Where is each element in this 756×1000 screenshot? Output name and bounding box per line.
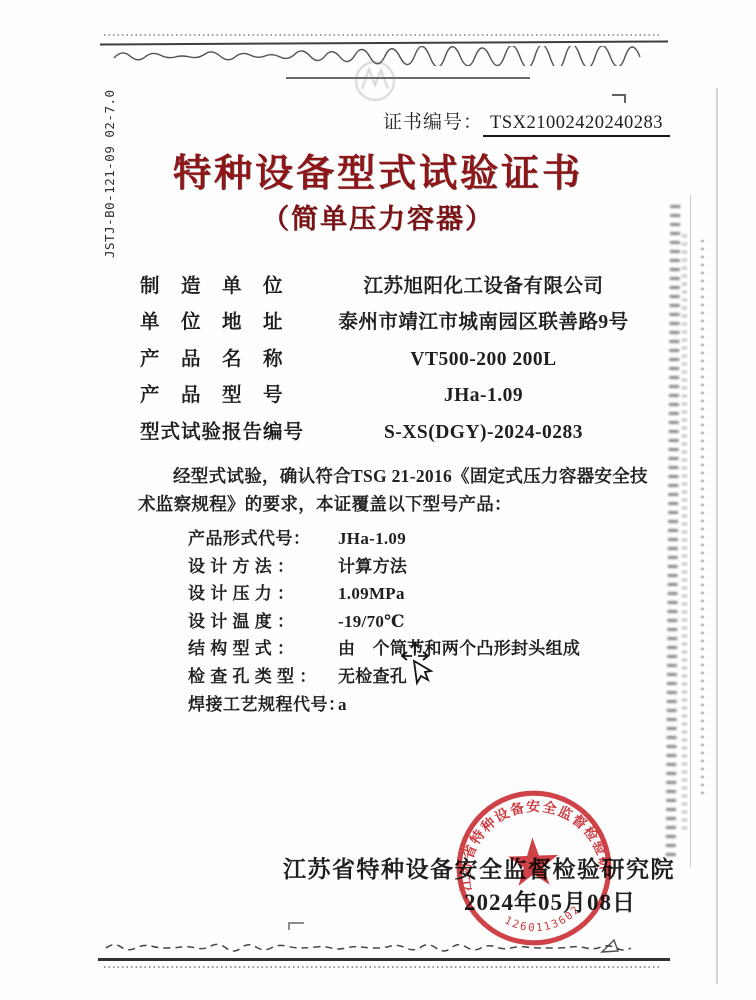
spec-value: 计算方法 bbox=[338, 552, 407, 577]
spec-label: 焊接工艺规程代号： bbox=[188, 690, 338, 715]
spec-row-form-code: 产品形式代号： JHa-1.09 bbox=[188, 524, 628, 544]
spec-row-design-pressure: 设 计 压 力 ： 1.09MPa bbox=[188, 579, 628, 599]
spec-value: 1.09MPa bbox=[338, 584, 405, 604]
spec-row-welding-procedure: 焊接工艺规程代号： a bbox=[188, 690, 628, 710]
field-row-product-name: 产 品 名 称 VT500-200 200L bbox=[140, 343, 645, 366]
seal-star-icon bbox=[507, 837, 559, 887]
field-label: 型式试验报告编号 bbox=[140, 416, 322, 444]
field-row-product-model: 产 品 型 号 JHa-1.09 bbox=[140, 379, 645, 402]
field-value: 泰州市靖江市城南园区联善路9号 bbox=[322, 306, 645, 334]
spec-row-design-temperature: 设 计 温 度 ： -19/70℃ bbox=[188, 607, 628, 627]
certificate-number-label: 证书编号： bbox=[383, 112, 483, 133]
spec-value: a bbox=[338, 695, 347, 715]
spec-label: 检 查 孔 类 型 ： bbox=[188, 662, 338, 687]
official-seal: 江苏省特种设备安全监督检验研究院 1260113602 bbox=[439, 773, 629, 963]
scan-noise-top bbox=[104, 34, 660, 36]
spec-label: 设 计 方 法 ： bbox=[188, 552, 338, 577]
spec-value: 无检查孔 bbox=[338, 662, 407, 687]
bleed-divider-line bbox=[690, 195, 691, 867]
field-row-manufacturer: 制 造 单 位 江苏旭阳化工设备有限公司 bbox=[140, 270, 645, 293]
field-row-address: 单 位 地 址 泰州市靖江市城南园区联善路9号 bbox=[140, 306, 645, 329]
move-cursor-icon bbox=[400, 641, 436, 687]
spec-value: 由 个筒节和两个凸形封头组成 bbox=[338, 634, 580, 659]
field-value: 江苏旭阳化工设备有限公司 bbox=[322, 270, 645, 298]
scan-noise-bottom bbox=[104, 966, 660, 968]
corner-mark-top-right bbox=[612, 94, 626, 103]
document-subtitle: （简单压力容器） bbox=[0, 197, 756, 236]
field-label: 单 位 地 址 bbox=[140, 306, 322, 334]
conformity-statement: 经型式试验，确认符合TSG 21-2016《固定式压力容器安全技术监察规程》的要… bbox=[138, 462, 648, 519]
bleed-through-column bbox=[666, 205, 681, 860]
document-title: 特种设备型式试验证书 bbox=[0, 142, 756, 197]
field-row-report-number: 型式试验报告编号 S-XS(DGY)-2024-0283 bbox=[140, 416, 645, 439]
field-label: 产 品 名 称 bbox=[140, 343, 322, 371]
field-value: S-XS(DGY)-2024-0283 bbox=[322, 422, 645, 444]
faint-emblem-icon bbox=[350, 56, 400, 106]
spec-label: 设 计 温 度 ： bbox=[188, 607, 338, 632]
field-label: 产 品 型 号 bbox=[140, 379, 322, 407]
field-value: VT500-200 200L bbox=[322, 349, 645, 371]
spec-value: JHa-1.09 bbox=[338, 529, 406, 549]
spec-label: 结 构 型 式 ： bbox=[188, 634, 338, 659]
certificate-number-value: TSX21002420240283 bbox=[483, 113, 670, 137]
spec-label: 设 计 压 力 ： bbox=[188, 579, 338, 604]
spec-label: 产品形式代号： bbox=[188, 524, 338, 549]
spec-list: 产品形式代号： JHa-1.09 设 计 方 法 ： 计算方法 设 计 压 力 … bbox=[188, 524, 628, 717]
scan-line-top bbox=[100, 41, 668, 46]
certificate-number-row: 证书编号：TSX21002420240283 bbox=[383, 107, 670, 137]
scan-line-segment bbox=[286, 77, 530, 79]
corner-mark-bottom-left bbox=[288, 922, 304, 930]
certificate-page: JSTJ-B0-121-09 02-7.0 证书编号：TSX2100242024… bbox=[0, 0, 756, 1000]
bleed-through-column-2 bbox=[682, 235, 687, 835]
spec-row-design-method: 设 计 方 法 ： 计算方法 bbox=[188, 552, 628, 572]
main-fields: 制 造 单 位 江苏旭阳化工设备有限公司 单 位 地 址 泰州市靖江市城南园区联… bbox=[140, 270, 645, 452]
bleed-dotted-line bbox=[701, 240, 704, 800]
field-value: JHa-1.09 bbox=[322, 385, 645, 407]
spec-value: -19/70℃ bbox=[338, 612, 405, 632]
scan-line-bottom bbox=[98, 958, 670, 961]
field-label: 制 造 单 位 bbox=[140, 270, 322, 298]
scan-squiggle-bottom bbox=[104, 938, 644, 956]
